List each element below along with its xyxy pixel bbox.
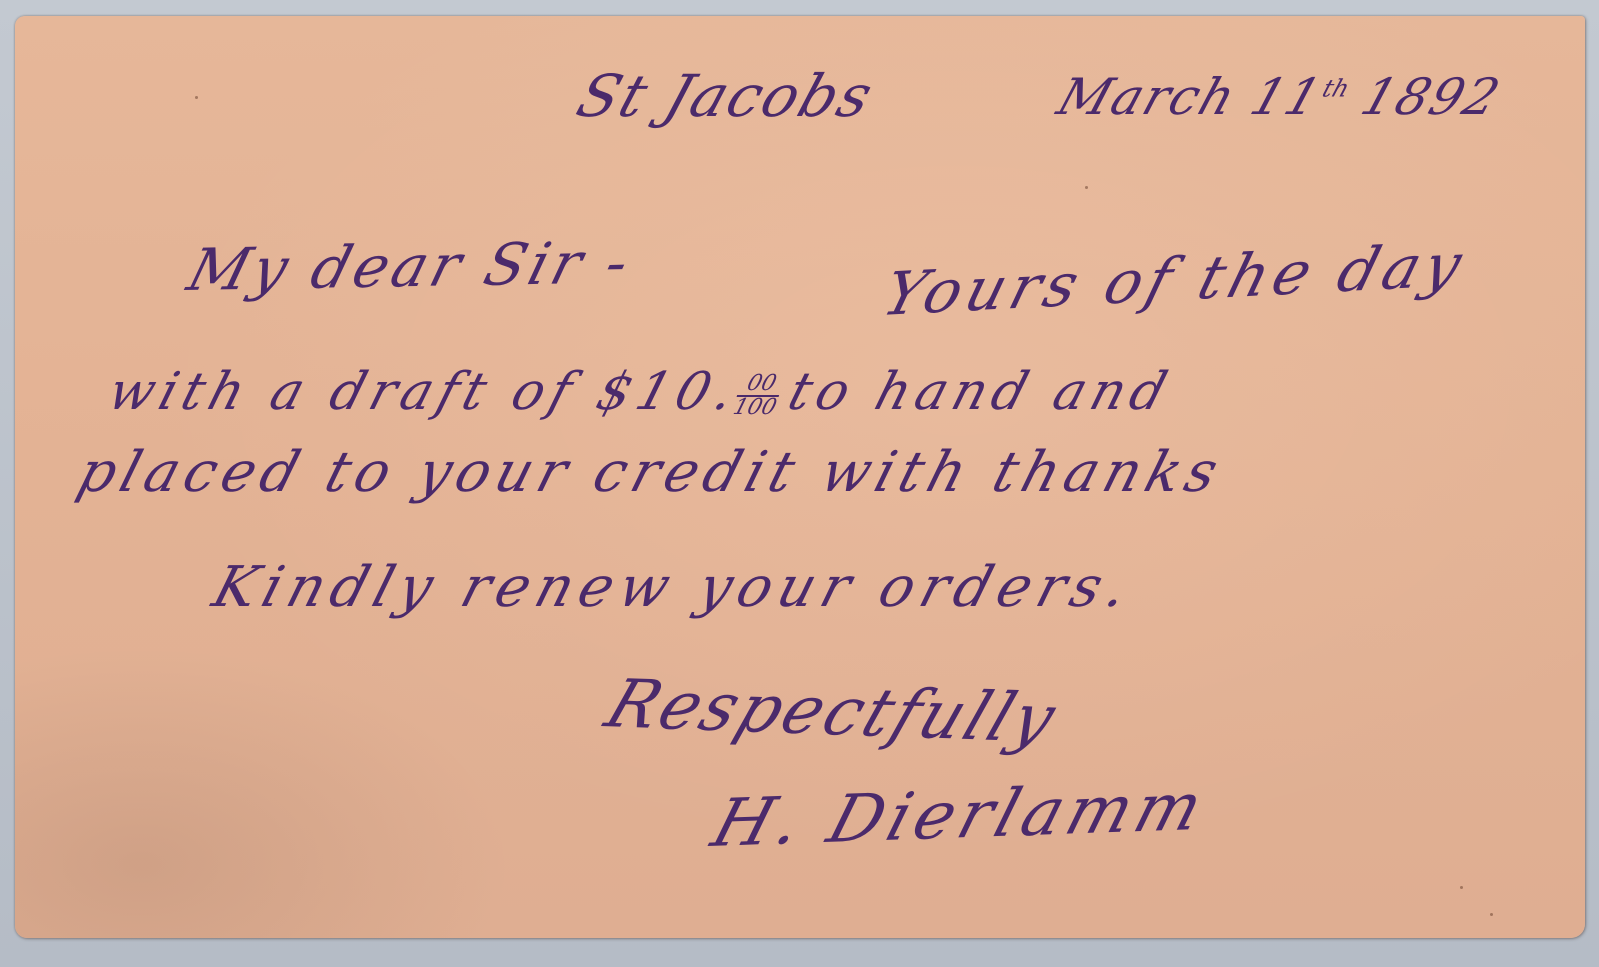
fraction-numerator: 00 [737,373,786,397]
body-line-4: Kindly renew your orders. [206,555,1142,620]
paper-speck [1460,886,1463,889]
body-line-3: placed to your credit with thanks [71,440,1231,505]
valediction: Respectfully [596,665,1068,758]
paper-speck [1490,913,1493,916]
place-heading: St Jacobs [569,62,883,130]
fraction-denominator: 100 [731,397,779,419]
date-heading: March 11th 1892 [1051,68,1509,126]
to-hand-text: to hand and [782,362,1180,422]
paper-speck [195,96,198,99]
draft-text: with a draft of $10. [101,362,746,422]
date-year: 1892 [1354,68,1508,126]
body-line-2: with a draft of $10.00100to hand and [101,362,1179,422]
salutation: My dear Sir - [181,228,640,304]
date-month-day: March 11 [1051,68,1330,126]
paper-speck [1085,186,1088,189]
